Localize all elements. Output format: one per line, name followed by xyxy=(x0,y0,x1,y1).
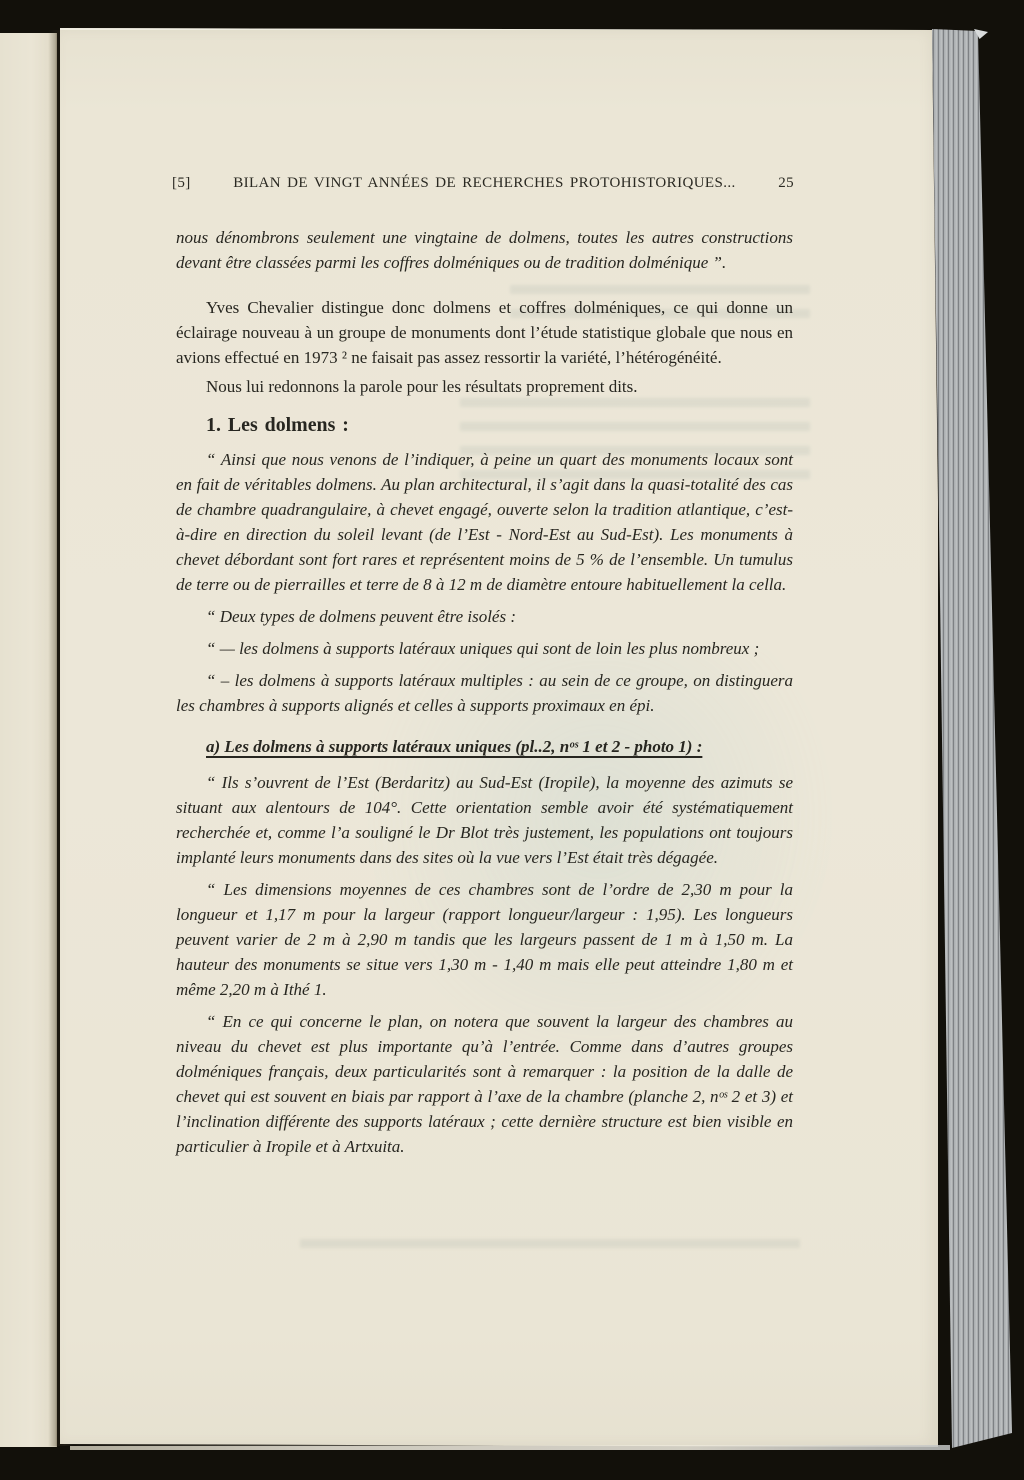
running-title: BILAN DE VINGT ANNÉES DE RECHERCHES PROT… xyxy=(191,175,778,192)
page-stack-fore-edge xyxy=(928,29,1014,1449)
page-header: [5] BILAN DE VINGT ANNÉES DE RECHERCHES … xyxy=(172,175,794,192)
article-ref-number: [5] xyxy=(172,175,191,192)
previous-page-edge xyxy=(0,33,57,1447)
paragraph-quote: “ Ainsi que nous venons de l’indiquer, à… xyxy=(176,447,793,597)
paragraph-editorial: Nous lui redonnons la parole pour les ré… xyxy=(176,374,793,399)
page-bottom-edge xyxy=(70,1445,950,1450)
book-scan: [5] BILAN DE VINGT ANNÉES DE RECHERCHES … xyxy=(0,0,1024,1480)
section-heading-dolmens: 1. Les dolmens : xyxy=(176,413,793,438)
paragraph-quote: “ Les dimensions moyennes de ces chambre… xyxy=(176,877,793,1002)
paragraph-quote: “ Ils s’ouvrent de l’Est (Berdaritz) au … xyxy=(176,770,793,870)
book-page: [5] BILAN DE VINGT ANNÉES DE RECHERCHES … xyxy=(60,28,938,1447)
paragraph-editorial: Yves Chevalier distingue donc dolmens et… xyxy=(176,295,793,370)
subsection-heading-supports-lateraux: a) Les dolmens à supports latéraux uniqu… xyxy=(176,734,793,759)
paragraph-quote-continuation: nous dénombrons seulement une vingtaine … xyxy=(176,225,793,275)
paragraph-quote-list-item: “ – les dolmens à supports latéraux mult… xyxy=(176,668,793,718)
show-through-mark xyxy=(300,1224,800,1250)
paragraph-quote-list-item: “ — les dolmens à supports latéraux uniq… xyxy=(176,636,793,661)
paragraph-quote: “ En ce qui concerne le plan, on notera … xyxy=(176,1009,793,1159)
page-number: 25 xyxy=(778,175,794,192)
paragraph-quote: “ Deux types de dolmens peuvent être iso… xyxy=(176,604,793,629)
text-block: nous dénombrons seulement une vingtaine … xyxy=(176,225,793,1166)
